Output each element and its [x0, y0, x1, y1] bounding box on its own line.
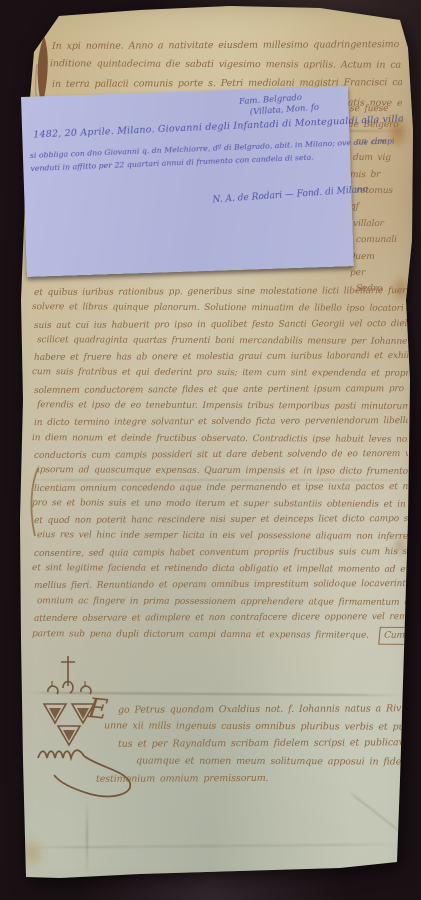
manuscript-line: partem sub pena dupli dictorum campi dam… [32, 629, 369, 640]
manuscript-line: in dicto termino integre solvantur et so… [34, 413, 408, 431]
margin-fragment: Quem [348, 249, 412, 266]
subscription-line: testimonium omnium premissorum. [96, 769, 404, 788]
manuscript-line: consentire, sed quia campis habet conven… [34, 544, 408, 562]
note-summary: si obbliga con dno Giovanni q. dn Melchi… [30, 134, 396, 175]
manuscript-line: cum suis fratribus et qui dederint pro s… [32, 365, 408, 383]
note-signature: N. A. de Rodari — Fond. di Milano [212, 185, 368, 206]
margin-fragment: mis br [350, 166, 412, 183]
manuscript-line: solvere et libras quinque planorum. Solu… [32, 299, 408, 317]
manuscript-closing-line: partem sub pena dupli dictorum campi dam… [32, 625, 408, 645]
boxed-phrase: Cum omi melio [378, 627, 408, 645]
manuscript-line: mellius fieri. Renuntiando et operam omn… [34, 576, 408, 594]
manuscript-margin-fragments: se fuese de Belgero an dre dum vig mis b… [350, 101, 412, 298]
margin-fragment: per [350, 265, 412, 282]
manuscript-line: eius res vel hinc inde semper licita in … [37, 528, 408, 546]
manuscript-line: solemnem conductorem sancte fides et que… [34, 381, 408, 399]
manuscript-line: omnium ac fingere in prima possessionem … [37, 593, 408, 611]
photo-of-parchment-deed: In xpi nomine. Anno a nativitate eiusdem… [0, 0, 421, 900]
subscription-line: tus et per Raynaldum scribam fidelem scr… [118, 735, 404, 754]
manuscript-line: in diem nonum et deinde fructibus observ… [32, 430, 408, 448]
manuscript-line: ipsorum ad quascumque expensas. Quarum i… [37, 462, 408, 480]
note-corner-annotation: Fam. Belgrado (Villata, Mon. fo [238, 92, 319, 119]
manuscript-line: suis aut cui ius habuerit pro ipso in qu… [34, 316, 408, 334]
fold-crease [86, 800, 88, 875]
manuscript-line: inditione quintadecima die sabati vigesi… [50, 54, 402, 75]
subscription-line: quamque et nomen meum solitumque apposui… [136, 752, 404, 770]
notary-subscription-block: go Petrus quondam Oxaldius not. f. Iohan… [104, 701, 404, 787]
stain [18, 836, 46, 870]
manuscript-line: scilicet quadraginta quartas frumenti bo… [37, 332, 408, 350]
archivist-note: Fam. Belgrado (Villata, Mon. fo 1482, 20… [21, 86, 354, 277]
margin-flourish-icon [28, 466, 44, 538]
manuscript-line: licentiam omnium concedendo aque inde pe… [34, 479, 408, 497]
manuscript-line: In xpi nomine. Anno a nativitate eiusdem… [52, 35, 402, 56]
subscription-line: go Petrus quondam Oxaldius not. f. Iohan… [118, 700, 404, 719]
manuscript-line: pro se et bonis suis et uno modo iterum … [32, 495, 408, 513]
margin-fragment: villalor [353, 216, 412, 233]
subscription-line: unne xii mills ingenuis causis omnibus p… [104, 718, 404, 737]
margin-fragment: comunali [356, 232, 412, 249]
margin-fragment: qf [350, 199, 412, 216]
manuscript-body-block: et quibus iuribus rationibus pp. generib… [34, 284, 408, 645]
